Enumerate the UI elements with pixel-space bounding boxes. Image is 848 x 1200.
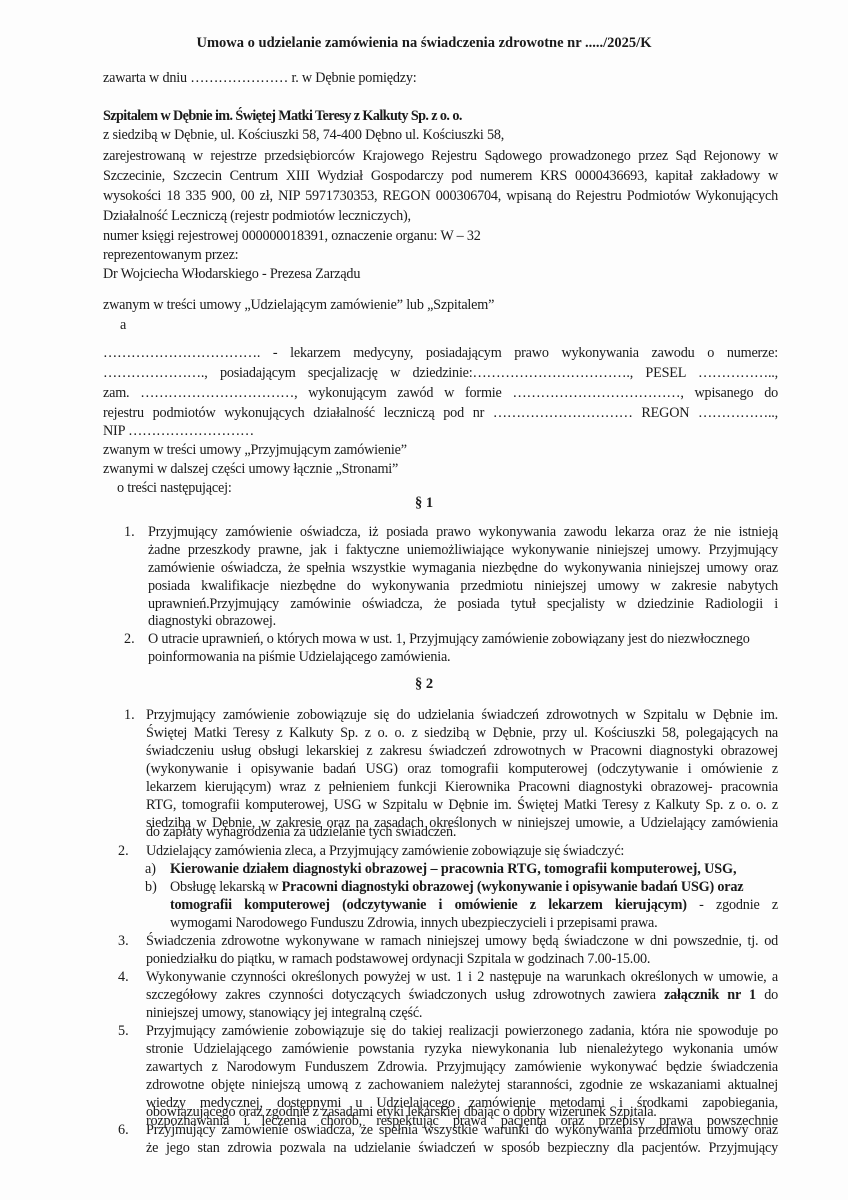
represented-by-label: reprezentowanym przez: [103, 247, 238, 263]
section-2-item-6-line: że jego stan zdrowia pozwala na udzielan… [146, 1140, 778, 1156]
item-4-end: do [756, 987, 778, 1003]
section-1-item-1-line: uprawnień.Przyjmujący zamówinie oświadcz… [148, 596, 778, 612]
contractor-line-2: …………………., posiadającym specjalizację w d… [103, 365, 778, 381]
section-2-item-1-line: świadczeniu usług obsługi lekarskiej z z… [146, 743, 778, 759]
subitem-a-text: Kierowanie działem diagnostyki obrazowej… [170, 861, 736, 877]
item-number: 5. [118, 1023, 129, 1039]
subitem-b-bold: Pracowni diagnostyki obrazowej (wykonywa… [282, 879, 744, 895]
item-4-normal: szczegółowy zakres czynności dotyczących… [146, 987, 664, 1003]
section-2-item-6-line: Przyjmujący zamówienie oświadcza, że spe… [146, 1122, 778, 1138]
subitem-b-bold-2: tomografii komputerowej (odczytywanie i … [170, 897, 687, 913]
hospital-nip-regon-line: wysokości 18 335 900, 00 zł, NIP 5971730… [103, 188, 778, 204]
hospital-alias: zwanym w treści umowy „Udzielającym zamó… [103, 297, 494, 313]
section-2-item-3-line: poniedziałku do piątku, w ramach podstaw… [146, 951, 650, 967]
subitem-b-line-2: tomografii komputerowej (odczytywanie i … [170, 897, 778, 913]
section-2-item-5-line: obowiązującego oraz zgodnie z zasadami e… [146, 1104, 657, 1120]
document-title: Umowa o udzielanie zamówienia na świadcz… [0, 35, 848, 52]
attachment-reference: załącznik nr 1 [664, 987, 756, 1003]
item-number: 6. [118, 1122, 129, 1138]
item-number: 2. [124, 631, 135, 647]
section-2-item-1-line: do zapłaty wynagrodzenia za udzielanie t… [146, 824, 456, 840]
section-2-item-1-line: Przyjmujący zamówienie zobowiązuje się d… [146, 707, 778, 723]
contractor-nip: NIP ……………………… [103, 423, 254, 439]
subitem-marker: a) [145, 861, 156, 877]
subitem-b-normal-2: - zgodnie z [687, 897, 778, 913]
section-2-item-3-line: Świadczenia zdrowotne wykonywane w ramac… [146, 933, 778, 949]
section-1-item-2-line: poinformowania na piśmie Udzielającego z… [148, 649, 450, 665]
subitem-b-line-3: wymogami Narodowego Funduszu Zdrowia, in… [170, 915, 658, 931]
section-1-item-1-line: diagnostyki obrazowej. [148, 613, 276, 629]
item-number: 3. [118, 933, 129, 949]
hospital-register-type: Działalność Leczniczą (rejestr podmiotów… [103, 208, 411, 224]
contractor-line-4: rejestru podmiotów wykonujących działaln… [103, 405, 778, 421]
section-2-item-5-line: zawartych z Narodowym Funduszem Zdrowia.… [146, 1059, 778, 1075]
concluded-date-line: zawarta w dniu ………………… r. w Dębnie pomię… [103, 70, 417, 86]
section-2-item-1-line: lekarzem kierującym) wraz z pełnieniem f… [146, 779, 778, 795]
subitem-marker: b) [145, 879, 157, 895]
section-2-item-4-line-2: szczegółowy zakres czynności dotyczących… [146, 987, 778, 1003]
section-2-item-2-line: Udzielający zamówienia zleca, a Przyjmuj… [146, 843, 624, 859]
section-1-item-1-line: żadne przeszkody prawne, jak i faktyczne… [148, 542, 778, 558]
section-2-item-5-line: Przyjmujący zamówienie zobowiązuje się d… [146, 1023, 778, 1039]
contractor-alias: zwanym w treści umowy „Przyjmującym zamó… [103, 442, 407, 458]
hospital-register-number: numer księgi rejestrowej 000000018391, o… [103, 228, 481, 244]
contractor-line-3: zam. ……………………………, wykonującym zawód w fo… [103, 385, 778, 401]
section-2-item-1-line: (wykonywanie i opisywanie badań USG) ora… [146, 761, 778, 777]
section-2-heading: § 2 [0, 676, 848, 693]
parties-alias: zwanymi w dalszej części umowy łącznie „… [103, 461, 398, 477]
hospital-name: Szpitalem w Dębnie im. Świętej Matki Ter… [103, 108, 462, 124]
subitem-b-line-1: Obsługę lekarską w Pracowni diagnostyki … [170, 879, 743, 895]
section-2-item-1-line: RTG, tomografii komputerowej, USG w Szpi… [146, 797, 778, 813]
representative-name: Dr Wojciecha Włodarskiego - Prezesa Zarz… [103, 266, 360, 282]
section-2-item-5-line: zdrowotne objęte niniejszą umową z zacho… [146, 1077, 778, 1093]
item-number: 2. [118, 843, 129, 859]
hospital-registration-line: zarejestrowaną w rejestrze przedsiębiorc… [103, 148, 778, 164]
item-number: 4. [118, 969, 129, 985]
hospital-address: z siedzibą w Dębnie, ul. Kościuszki 58, … [103, 127, 504, 143]
contractor-line-1: ……………………………. - lekarzem medycyny, posiad… [103, 345, 778, 361]
section-2-item-4-line: Wykonywanie czynności określonych powyże… [146, 969, 778, 985]
section-2-item-1-line: Świętej Matki Teresy z Kalkuty Sp. z o. … [146, 725, 778, 741]
item-number: 1. [124, 524, 135, 540]
content-intro: o treści następującej: [117, 480, 232, 496]
hospital-krs-line: Szczecinie, Szczecin Centrum XIII Wydzia… [103, 168, 778, 184]
item-number: 1. [124, 707, 135, 723]
contract-page: Umowa o udzielanie zamówienia na świadcz… [0, 0, 848, 1200]
section-1-item-1-line: posiada kwalifikacje niezbędne do wykony… [148, 578, 778, 594]
section-2-item-4-line: niniejszej umowy, stanowiący jej integra… [146, 1005, 422, 1021]
section-1-item-1-line: Przyjmujący zamówienie oświadcza, iż pos… [148, 524, 778, 540]
subitem-b-normal: Obsługę lekarską w [170, 879, 282, 895]
and-connector: a [120, 317, 126, 333]
section-2-item-5-line: stronie Udzielającego zamówienie powstan… [146, 1041, 778, 1057]
section-1-item-2-line: O utracie uprawnień, o których mowa w us… [148, 631, 750, 647]
section-1-item-1-line: zamówienie oświadcza, że spełnia wszystk… [148, 560, 778, 576]
section-1-heading: § 1 [0, 495, 848, 512]
